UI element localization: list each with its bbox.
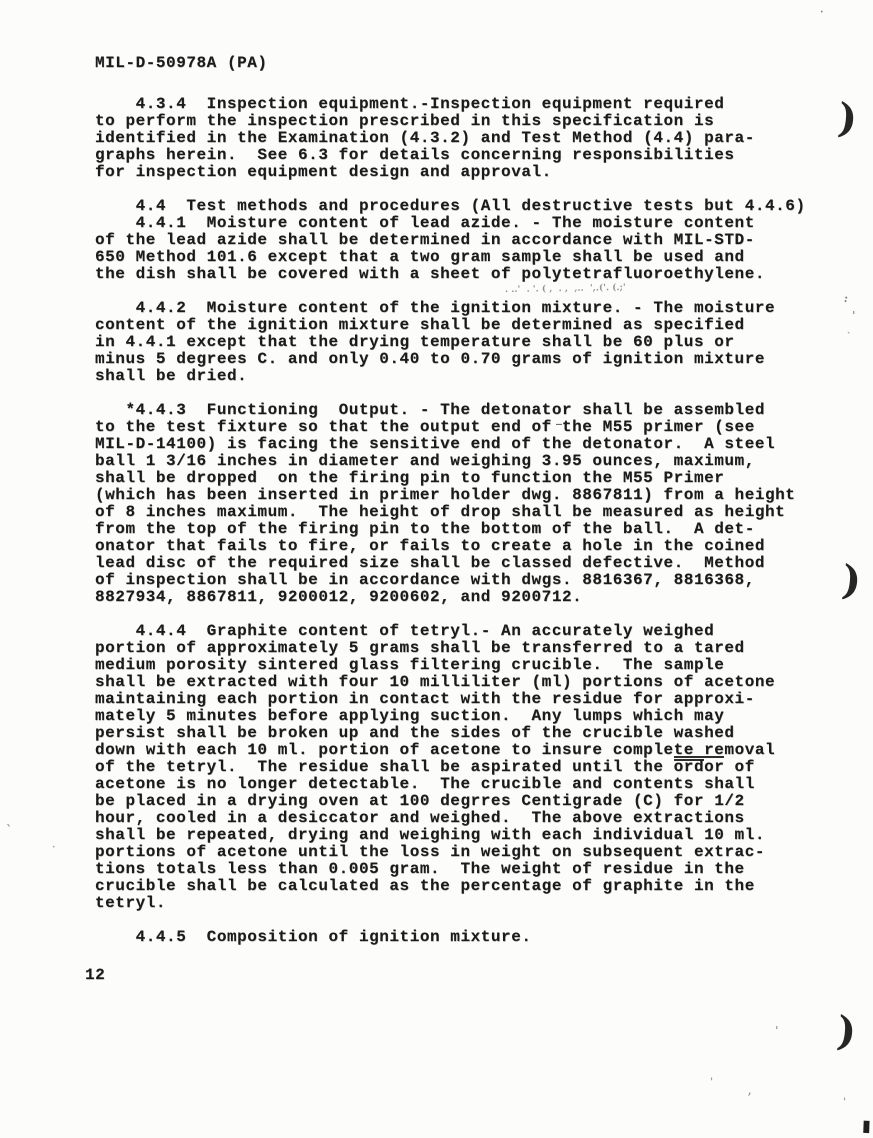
text-segment: (which has been inserted in primer holde… [95, 486, 795, 504]
text-line: lead disc of the required size shall be … [95, 555, 806, 572]
page-number: 12 [85, 967, 105, 984]
text-line: portion of approximately 5 grams shall b… [95, 640, 806, 657]
speck-11: ' [843, 1098, 846, 1108]
text-segment: persist shall be broken up and the sides… [95, 724, 735, 742]
text-line: onator that fails to fire, or fails to c… [95, 538, 806, 555]
text-line: be placed in a drying oven at 100 degrre… [95, 793, 806, 810]
text-segment: tetryl. [95, 894, 166, 912]
text-line: 4.4.2 Moisture content of the ignition m… [95, 300, 806, 317]
text-segment: tions totals less than 0.005 gram. The w… [95, 860, 745, 878]
speck-4: _ [556, 412, 562, 424]
text-line: tions totals less than 0.005 gram. The w… [95, 861, 806, 878]
text-segment: 4.3.4 Inspection equipment.-Inspection e… [95, 95, 724, 113]
text-segment: maintaining each portion in contact with… [95, 690, 755, 708]
text-line: ball 1 3/16 inches in diameter and weigh… [95, 453, 806, 470]
text-line: to the test fixture so that the output e… [95, 419, 806, 436]
text-segment: shall be repeated, drying and weighing w… [95, 826, 765, 844]
text-segment: lead disc of the required size shall be … [95, 554, 765, 572]
speck-9: ' [710, 1078, 713, 1088]
text-line: the dish shall be covered with a sheet o… [95, 266, 806, 283]
text-segment: to the test fixture so that the output e… [95, 418, 755, 436]
document-body: 4.3.4 Inspection equipment.-Inspection e… [95, 96, 806, 946]
para-4-3-4: 4.3.4 Inspection equipment.-Inspection e… [95, 96, 806, 181]
text-line: 8827934, 8867811, 9200012, 9200602, and … [95, 589, 806, 606]
text-segment: down with each 10 ml. portion of acetone… [95, 741, 674, 759]
speck-8: , [748, 1087, 751, 1097]
text-segment: ball 1 3/16 inches in diameter and weigh… [95, 452, 755, 470]
text-line: medium porosity sintered glass filtering… [95, 657, 806, 674]
text-line: 4.4.1 Moisture content of lead azide. - … [95, 215, 806, 232]
para-4-4-4: 4.4.4 Graphite content of tetryl.- An ac… [95, 623, 806, 912]
text-segment: shall be dropped on the firing pin to fu… [95, 469, 724, 487]
speck-7: ' [775, 1025, 778, 1036]
text-line: shall be dried. [95, 368, 806, 385]
text-segment: hour, cooled in a desiccator and weighed… [95, 809, 745, 827]
text-line: 4.3.4 Inspection equipment.-Inspection e… [95, 96, 806, 113]
text-line: maintaining each portion in contact with… [95, 691, 806, 708]
text-line: (which has been inserted in primer holde… [95, 487, 806, 504]
text-line: minus 5 degrees C. and only 0.40 to 0.70… [95, 351, 806, 368]
text-line: content of the ignition mixture shall be… [95, 317, 806, 334]
text-segment: MIL-D-14100) is facing the sensitive end… [95, 435, 775, 453]
text-line: MIL-D-14100) is facing the sensitive end… [95, 436, 806, 453]
text-segment: 650 Method 101.6 except that a two gram … [95, 248, 745, 266]
text-line: of the lead azide shall be determined in… [95, 232, 806, 249]
text-segment: acetone is no longer detectable. The cru… [95, 775, 755, 793]
text-line: in 4.4.1 except that the drying temperat… [95, 334, 806, 351]
speck-2: : [843, 293, 849, 305]
document-id-header: MIL-D-50978A (PA) [95, 55, 268, 72]
text-segment: in 4.4.1 except that the drying temperat… [95, 333, 735, 351]
text-segment: 8827934, 8867811, 9200012, 9200602, and … [95, 588, 582, 606]
para-4-4-2: 4.4.2 Moisture content of the ignition m… [95, 300, 806, 385]
text-line: 4.4.5 Composition of ignition mixture. [95, 929, 806, 946]
text-segment: crucible shall be calculated as the perc… [95, 877, 755, 895]
text-segment: 4.4.2 Moisture content of the ignition m… [95, 299, 775, 317]
pen-paren-mid-right: ) [840, 560, 863, 602]
text-segment: of inspection shall be in accordance wit… [95, 571, 755, 589]
speck-1: · [820, 8, 823, 18]
text-segment: 4.4.4 Graphite content of tetryl.- An ac… [95, 622, 714, 640]
text-line: 4.4.4 Graphite content of tetryl.- An ac… [95, 623, 806, 640]
text-segment: 4.4 Test methods and procedures (All des… [95, 197, 806, 215]
text-segment: 4.4.1 Moisture content of lead azide. - … [95, 214, 755, 232]
text-segment: of 8 inches maximum. The height of drop … [95, 503, 785, 521]
text-segment: of the tetryl. The residue shall be aspi… [95, 758, 674, 776]
overlined-text: ordor [674, 756, 725, 776]
text-segment: from the top of the firing pin to the bo… [95, 520, 755, 538]
text-line: crucible shall be calculated as the perc… [95, 878, 806, 895]
speck-6: · [52, 843, 55, 853]
scanned-document-page: MIL-D-50978A (PA) 4.3.4 Inspection equip… [0, 0, 873, 1138]
text-segment: for inspection equipment design and appr… [95, 163, 552, 181]
text-segment: shall be dried. [95, 367, 247, 385]
text-line: *4.4.3 Functioning Output. - The detonat… [95, 402, 806, 419]
para-4-4-5: 4.4.5 Composition of ignition mixture. [95, 929, 806, 946]
text-line: shall be dropped on the firing pin to fu… [95, 470, 806, 487]
text-segment: *4.4.3 Functioning Output. - The detonat… [95, 401, 765, 419]
text-segment: to perform the inspection prescribed in … [95, 112, 714, 130]
text-segment: be placed in a drying oven at 100 degrre… [95, 792, 745, 810]
text-segment: of [724, 758, 754, 776]
text-line: of the tetryl. The residue shall be aspi… [95, 759, 806, 776]
text-line: 650 Method 101.6 except that a two gram … [95, 249, 806, 266]
text-line: hour, cooled in a desiccator and weighed… [95, 810, 806, 827]
para-4-4-3: *4.4.3 Functioning Output. - The detonat… [95, 402, 806, 606]
text-segment: minus 5 degrees C. and only 0.40 to 0.70… [95, 350, 765, 368]
text-line: identified in the Examination (4.3.2) an… [95, 130, 806, 147]
text-line: shall be extracted with four 10 millilit… [95, 674, 806, 691]
text-line: to perform the inspection prescribed in … [95, 113, 806, 130]
speck-3: ' [852, 310, 855, 321]
text-segment: of the lead azide shall be determined in… [95, 231, 755, 249]
text-line: acetone is no longer detectable. The cru… [95, 776, 806, 793]
speck-5: ` [6, 824, 12, 836]
text-line: of inspection shall be in accordance wit… [95, 572, 806, 589]
ink-tick-bottom-corner: ▮ [862, 1118, 871, 1134]
text-line: tetryl. [95, 895, 806, 912]
pen-paren-bottom-right: ) [835, 1011, 858, 1053]
text-segment: portion of approximately 5 grams shall b… [95, 639, 745, 657]
text-line: from the top of the firing pin to the bo… [95, 521, 806, 538]
text-segment: portions of acetone until the loss in we… [95, 843, 765, 861]
text-line: shall be repeated, drying and weighing w… [95, 827, 806, 844]
text-line: 4.4 Test methods and procedures (All des… [95, 198, 806, 215]
text-segment: graphs herein. See 6.3 for details conce… [95, 146, 735, 164]
text-line: portions of acetone until the loss in we… [95, 844, 806, 861]
speck-10: · [847, 330, 850, 339]
para-4-4-and-4-4-1: 4.4 Test methods and procedures (All des… [95, 198, 806, 283]
text-segment: shall be extracted with four 10 millilit… [95, 673, 775, 691]
text-segment: mately 5 minutes before applying suction… [95, 707, 724, 725]
text-segment: medium porosity sintered glass filtering… [95, 656, 724, 674]
text-segment: content of the ignition mixture shall be… [95, 316, 745, 334]
text-segment: onator that fails to fire, or fails to c… [95, 537, 765, 555]
text-segment: identified in the Examination (4.3.2) an… [95, 129, 755, 147]
text-line: graphs herein. See 6.3 for details conce… [95, 147, 806, 164]
text-line: for inspection equipment design and appr… [95, 164, 806, 181]
text-line: persist shall be broken up and the sides… [95, 725, 806, 742]
text-segment: 4.4.5 Composition of ignition mixture. [95, 928, 532, 946]
text-line: of 8 inches maximum. The height of drop … [95, 504, 806, 521]
pen-paren-top-right: ) [836, 98, 859, 140]
text-segment: the dish shall be covered with a sheet o… [95, 265, 765, 283]
text-line: mately 5 minutes before applying suction… [95, 708, 806, 725]
